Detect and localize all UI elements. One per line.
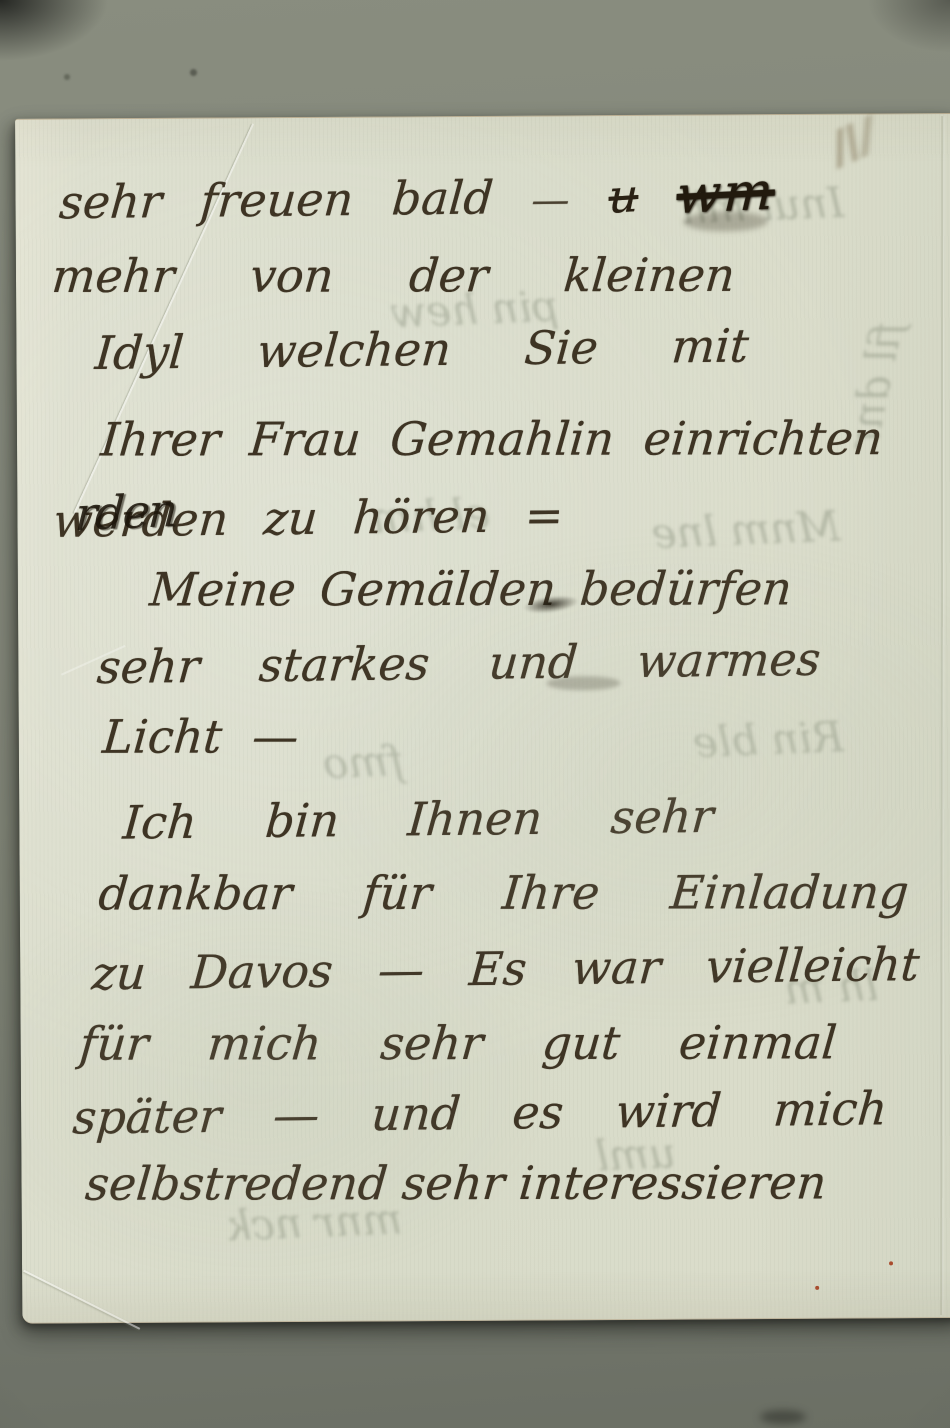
backdrop-speck xyxy=(760,1410,806,1424)
handwriting-line: mehr von der kleinen xyxy=(49,243,737,308)
backdrop-corner-shadow xyxy=(0,0,170,100)
bleedthrough-mark: Rin ble xyxy=(692,712,845,767)
handwriting-line: Idyl welchen Sie mit xyxy=(93,314,751,385)
backdrop-speck xyxy=(64,74,70,80)
red-fleck xyxy=(815,1286,819,1290)
handwriting-line: Licht — xyxy=(100,704,335,768)
handwriting-line: zu Davos — Es war vielleicht xyxy=(90,932,922,1005)
handwriting-text: sehr freuen bald xyxy=(57,170,495,229)
handwriting-line: Ich bin Ihnen sehr xyxy=(121,784,716,855)
handwriting-line: selbstredend sehr interessieren xyxy=(83,1150,823,1215)
handwriting-line: dankbar für Ihre Einladung xyxy=(96,860,911,925)
strikeout-dash: — xyxy=(530,178,571,222)
backdrop-speck xyxy=(190,69,197,76)
strikeout-word: wm xyxy=(676,160,777,228)
handwriting-line: Meine Gemälden bedürfen xyxy=(147,556,794,621)
pencil-smudge xyxy=(796,112,891,181)
handwriting-line: für mich sehr gut einmal xyxy=(77,1010,839,1075)
handwriting-line: Ihrer Frau Gemahlin einrichten xyxy=(98,406,885,471)
red-fleck xyxy=(889,1261,893,1265)
photograph-backdrop: Inul mh pin hew fil dnr el hm Mnm lne Ri… xyxy=(0,0,950,1428)
bleedthrough-mark: Mnm lne xyxy=(651,501,841,558)
letter-sheet: Inul mh pin hew fil dnr el hm Mnm lne Ri… xyxy=(15,113,950,1324)
bleedthrough-mark: fmo xyxy=(322,736,405,788)
handwriting-line: später — und es wird mich xyxy=(71,1076,890,1149)
backdrop-corner-shadow xyxy=(830,0,950,80)
paper-corner-fold xyxy=(23,1270,140,1330)
strikeout-word: u xyxy=(608,163,639,229)
handwriting-line: sehr freuen bald — u wm xyxy=(57,161,777,237)
paper-crease-vertical xyxy=(940,116,943,1315)
overwritten-correction: rden xyxy=(74,483,178,541)
handwriting-line: sehr starkes und warmes xyxy=(95,627,823,699)
